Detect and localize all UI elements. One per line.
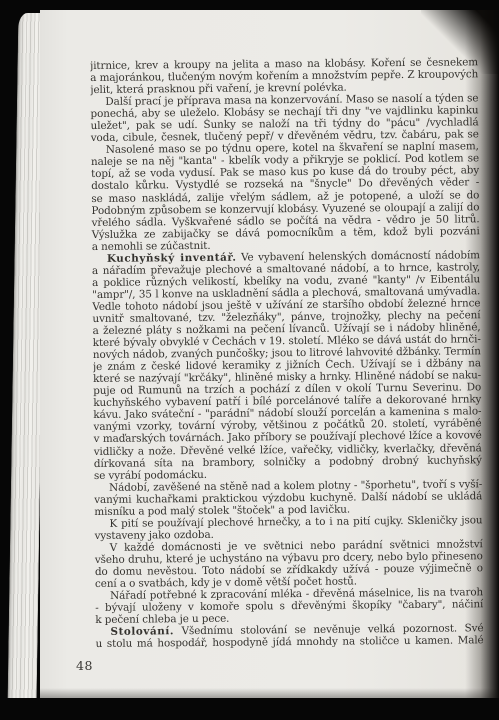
page-number: 48	[76, 658, 93, 673]
paragraph-lead: Kuchyňský inventář.	[107, 251, 237, 264]
book-page: jitrnice, krev a kroupy na jelita a maso…	[40, 10, 499, 698]
paragraph-lead: Stolování.	[110, 625, 174, 638]
text-line: u stolu má hospodář, hospodyně jídá mnoh…	[96, 634, 484, 650]
bottom-edge-shadow	[40, 688, 499, 698]
page-text: jitrnice, krev a kroupy na jelita a maso…	[90, 56, 484, 650]
book-scan: jitrnice, krev a kroupy na jelita a maso…	[0, 0, 499, 720]
